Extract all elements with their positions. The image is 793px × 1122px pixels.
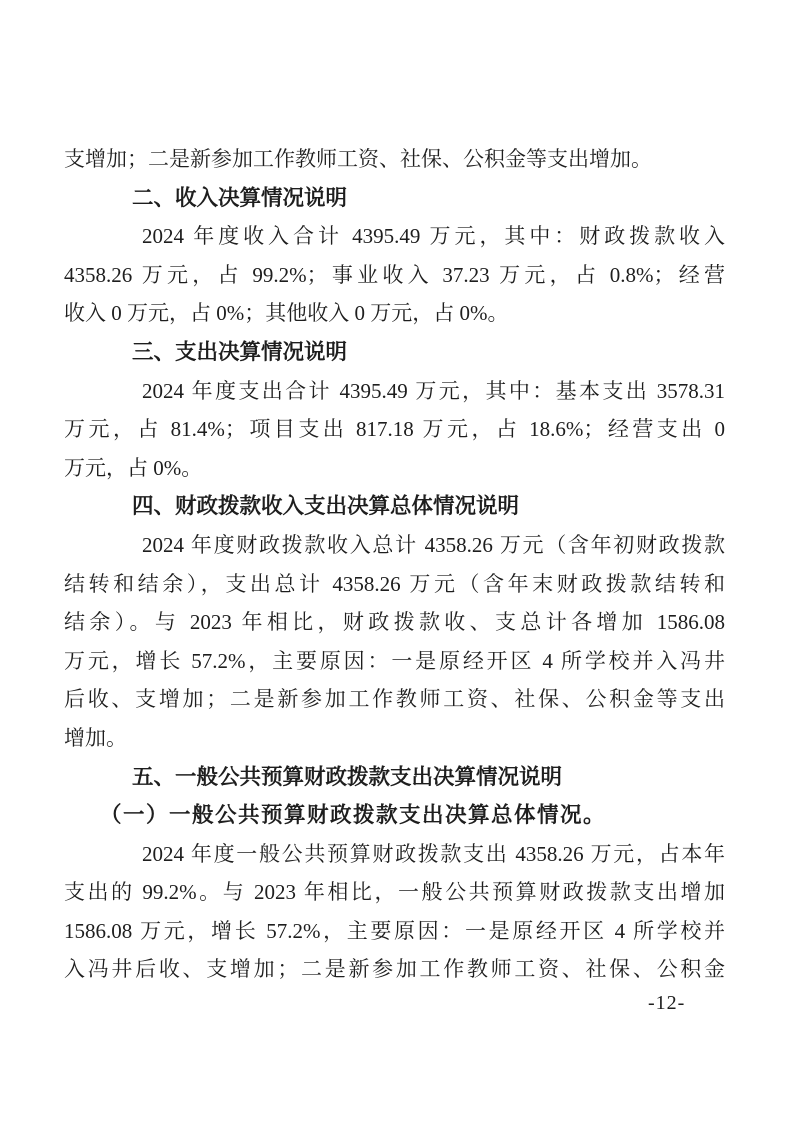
section-heading: 四、财政拨款收入支出决算总体情况说明 xyxy=(64,487,725,526)
document-page: 支增加；二是新参加工作教师工资、社保、公积金等支出增加。二、收入决算情况说明20… xyxy=(0,0,793,1122)
body-text-line: 1586.08 万元，增长 57.2%，主要原因：一是原经开区 4 所学校并 xyxy=(64,912,725,951)
body-text-line: 结转和结余），支出总计 4358.26 万元（含年末财政拨款结转和 xyxy=(64,565,725,604)
section-heading: 三、支出决算情况说明 xyxy=(64,333,725,372)
section-heading: 五、一般公共预算财政拨款支出决算情况说明 xyxy=(64,758,725,797)
body-text-line: 后收、支增加；二是新参加工作教师工资、社保、公积金等支出 xyxy=(64,680,725,719)
body-text-line: 支增加；二是新参加工作教师工资、社保、公积金等支出增加。 xyxy=(64,140,725,179)
document-body-text: 支增加；二是新参加工作教师工资、社保、公积金等支出增加。二、收入决算情况说明20… xyxy=(64,140,725,989)
body-text-line: 万元，增长 57.2%，主要原因：一是原经开区 4 所学校并入冯井 xyxy=(64,642,725,681)
body-text-line: 2024 年度支出合计 4395.49 万元，其中：基本支出 3578.31 xyxy=(64,372,725,411)
body-text-line: 结余）。与 2023 年相比，财政拨款收、支总计各增加 1586.08 xyxy=(64,603,725,642)
body-text-line: 万元，占 81.4%；项目支出 817.18 万元，占 18.6%；经营支出 0 xyxy=(64,410,725,449)
body-text-line: 增加。 xyxy=(64,719,725,758)
body-text-line: 2024 年度一般公共预算财政拨款支出 4358.26 万元，占本年 xyxy=(64,835,725,874)
section-heading: 二、收入决算情况说明 xyxy=(64,179,725,218)
body-text-line: 入冯井后收、支增加；二是新参加工作教师工资、社保、公积金 xyxy=(64,950,725,989)
page-number: -12- xyxy=(648,991,685,1015)
body-text-line: 2024 年度收入合计 4395.49 万元，其中：财政拨款收入 xyxy=(64,217,725,256)
body-text-line: 收入 0 万元，占 0%；其他收入 0 万元，占 0%。 xyxy=(64,294,725,333)
sub-section-heading: （一）一般公共预算财政拨款支出决算总体情况。 xyxy=(64,796,725,835)
body-text-line: 2024 年度财政拨款收入总计 4358.26 万元（含年初财政拨款 xyxy=(64,526,725,565)
body-text-line: 支出的 99.2%。与 2023 年相比，一般公共预算财政拨款支出增加 xyxy=(64,873,725,912)
body-text-line: 4358.26 万元，占 99.2%；事业收入 37.23 万元，占 0.8%；… xyxy=(64,256,725,295)
body-text-line: 万元，占 0%。 xyxy=(64,449,725,488)
